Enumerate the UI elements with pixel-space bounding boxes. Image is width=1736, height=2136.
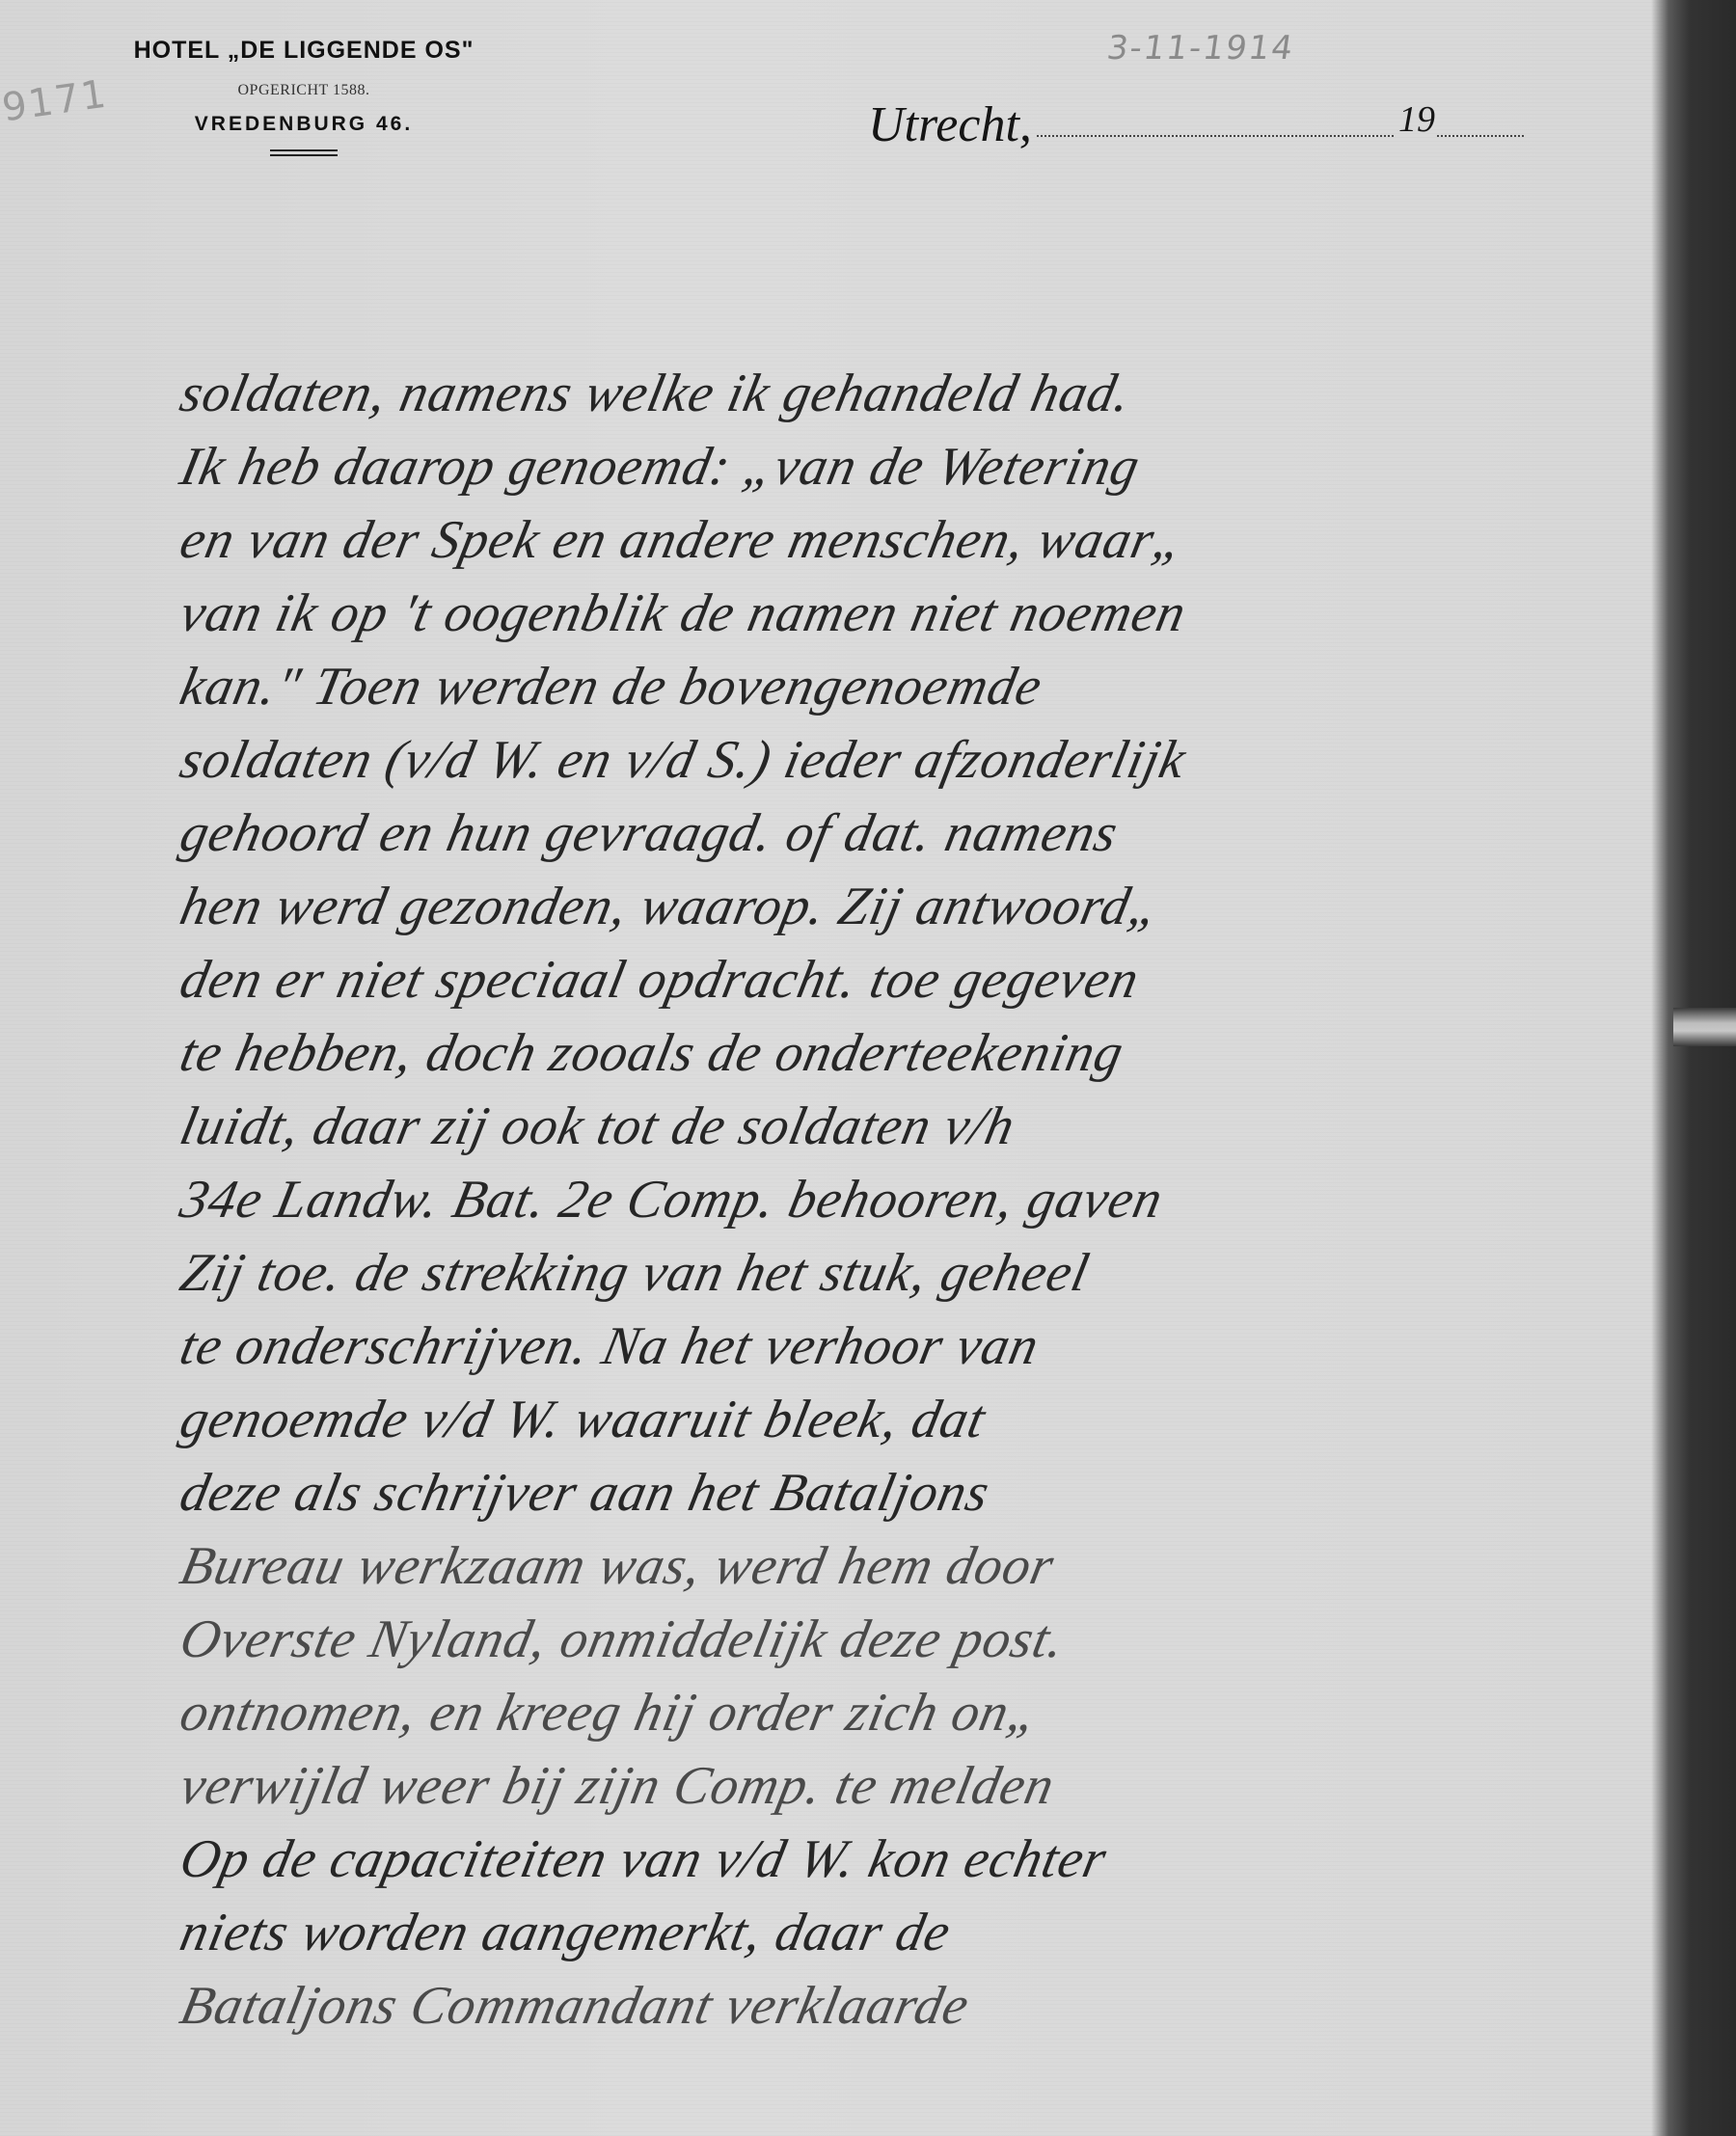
letter-body: soldaten, namens welke ik gehandeld had.… bbox=[174, 357, 1659, 2042]
year-prefix: 19 bbox=[1398, 98, 1435, 141]
pencil-date: 3-11-1914 bbox=[1104, 29, 1297, 68]
handwritten-line: verwijld weer bij zijn Comp. te melden bbox=[174, 1749, 1674, 1823]
place-name: Utrecht, bbox=[868, 96, 1032, 153]
handwritten-line: niets worden aangemerkt, daar de bbox=[174, 1896, 1674, 1969]
hotel-address: VREDENBURG 46. bbox=[58, 113, 550, 136]
handwritten-line: luidt, daar zij ook tot de soldaten v/h bbox=[174, 1090, 1674, 1163]
year-dotted-line bbox=[1437, 135, 1524, 137]
handwritten-line: soldaten (v/d W. en v/d S.) ieder afzond… bbox=[174, 723, 1674, 797]
binding-edge bbox=[1651, 0, 1736, 2136]
handwritten-line: genoemde v/d W. waaruit bleek, dat bbox=[174, 1383, 1674, 1456]
handwritten-line: te onderschrijven. Na het verhoor van bbox=[174, 1310, 1674, 1383]
handwritten-line: soldaten, namens welke ik gehandeld had. bbox=[174, 357, 1674, 430]
letterhead-rule bbox=[270, 149, 338, 156]
binding-clip bbox=[1673, 1008, 1736, 1046]
handwritten-line: Ik heb daarop genoemd: „van de Wetering bbox=[174, 430, 1674, 503]
handwritten-line: Zij toe. de strekking van het stuk, gehe… bbox=[174, 1236, 1674, 1310]
handwritten-line: kan." Toen werden de bovengenoemde bbox=[174, 650, 1674, 723]
place-date-line: Utrecht, 19 bbox=[868, 96, 1620, 154]
handwritten-line: ontnomen, en kreeg hij order zich on„ bbox=[174, 1676, 1674, 1749]
handwritten-line: Overste Nyland, onmiddelijk deze post. bbox=[174, 1603, 1674, 1676]
handwritten-line: den er niet speciaal opdracht. toe gegev… bbox=[174, 943, 1674, 1016]
date-dotted-line bbox=[1037, 135, 1394, 137]
handwritten-line: Bataljons Commandant verklaarde bbox=[174, 1969, 1674, 2042]
handwritten-line: en van der Spek en andere menschen, waar… bbox=[174, 503, 1674, 577]
hotel-name: HOTEL „DE LIGGENDE OS" bbox=[58, 37, 550, 65]
handwritten-line: deze als schrijver aan het Bataljons bbox=[174, 1456, 1674, 1529]
handwritten-line: van ik op 't oogenblik de namen niet noe… bbox=[174, 577, 1674, 650]
handwritten-line: Bureau werkzaam was, werd hem door bbox=[174, 1529, 1674, 1603]
handwritten-line: 34e Landw. Bat. 2e Comp. behooren, gaven bbox=[174, 1163, 1674, 1236]
handwritten-line: Op de capaciteiten van v/d W. kon echter bbox=[174, 1823, 1674, 1896]
letterhead: HOTEL „DE LIGGENDE OS" OPGERICHT 1588. V… bbox=[58, 37, 550, 156]
founded-line: OPGERICHT 1588. bbox=[58, 82, 550, 99]
handwritten-line: gehoord en hun gevraagd. of dat. namens bbox=[174, 797, 1674, 870]
handwritten-line: hen werd gezonden, waarop. Zij antwoord„ bbox=[174, 870, 1674, 943]
handwritten-line: te hebben, doch zooals de onderteekening bbox=[174, 1016, 1674, 1090]
